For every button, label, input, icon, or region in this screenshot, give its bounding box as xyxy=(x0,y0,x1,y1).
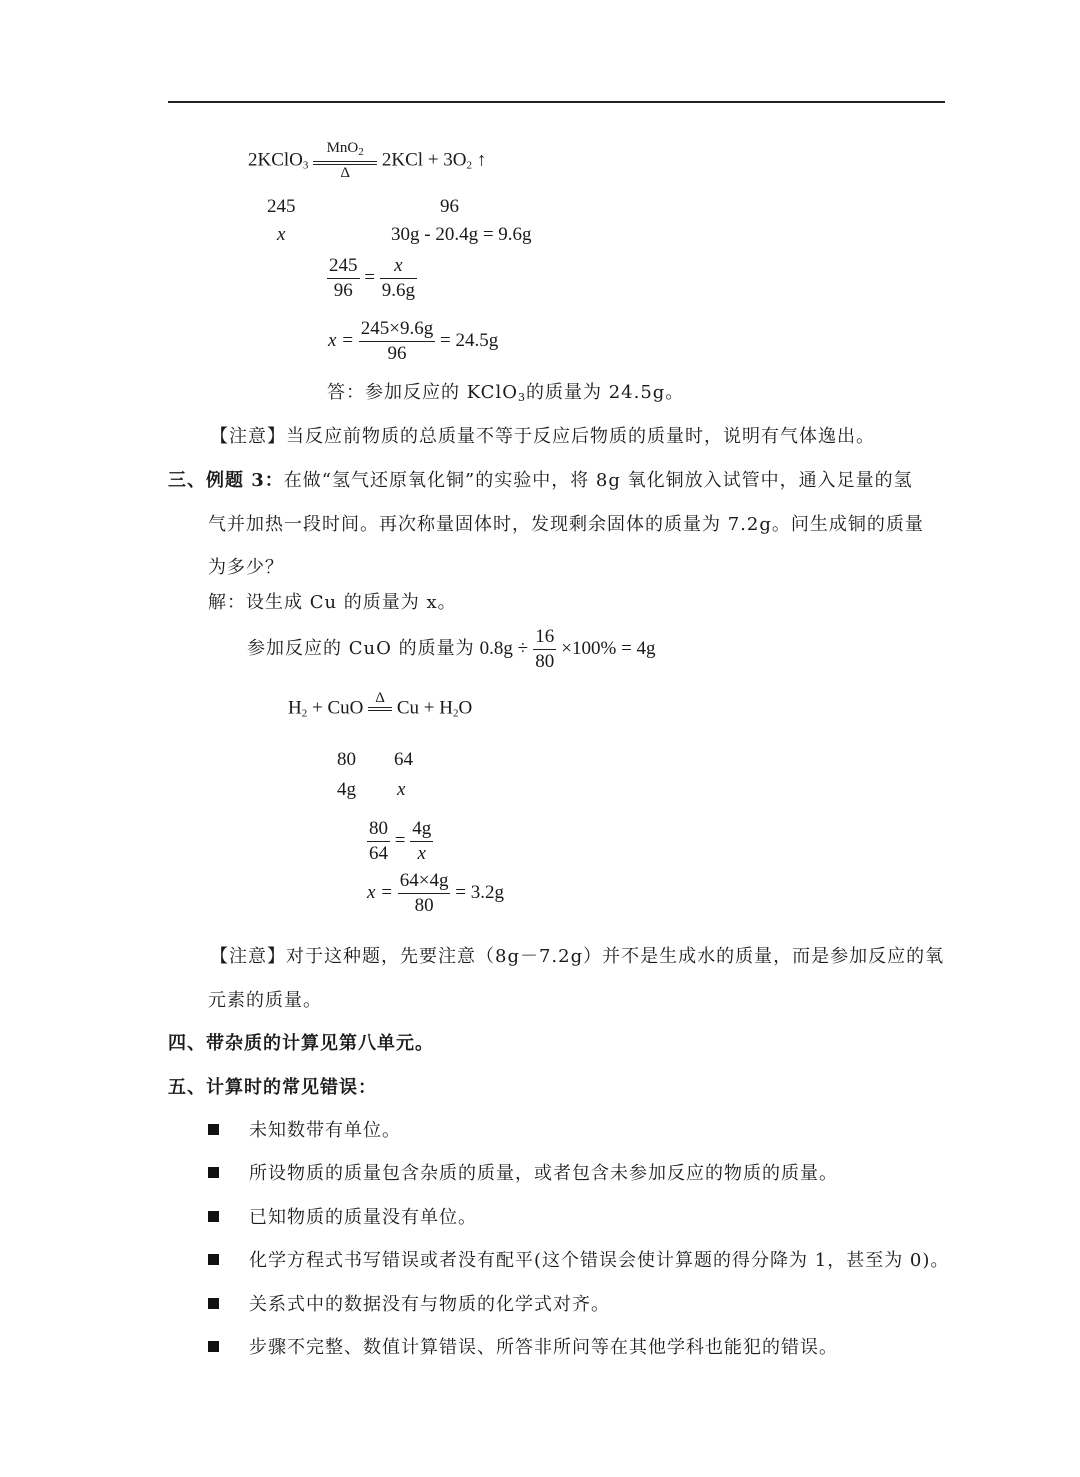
section3-heading: 三、例题 3： xyxy=(168,470,284,491)
note-oxygen-line2: 元素的质量。 xyxy=(208,986,322,1012)
error-item-text: 步骤不完整、数值计算错误、所答非所问等在其他学科也能犯的错误。 xyxy=(249,1337,838,1358)
eq1-products: 2KCl + 3O xyxy=(382,149,467,170)
eq1-mass-right: 96 xyxy=(440,196,459,218)
square-bullet-icon xyxy=(208,1341,219,1352)
eq1-reactant-sub: 3 xyxy=(303,159,309,171)
eq2-ratio-den-left: 64 xyxy=(367,842,390,865)
section3-text-1: 在做“氢气还原氧化铜”的实验中，将 8g 氧化铜放入试管中，通入足量的氢 xyxy=(284,470,913,491)
square-bullet-icon xyxy=(208,1211,219,1222)
eq1-solve: x = 245×9.6g96 = 24.5g xyxy=(328,318,498,365)
note-gas-escape: 【注意】当反应前物质的总质量不等于反应后物质的质量时，说明有气体逸出。 xyxy=(210,422,875,448)
eq2-o: O xyxy=(458,697,472,718)
eq2-solve: x = 64×4g80 = 3.2g xyxy=(367,870,504,917)
gas-arrow-icon: ↑ xyxy=(477,149,487,170)
eq2-h: H xyxy=(288,697,302,718)
eq1-answer-suffix: 的质量为 24.5g。 xyxy=(526,382,684,403)
eq2-heat: Δ xyxy=(368,690,392,707)
cuo-mass-text: 参加反应的 CuO 的质量为 xyxy=(247,638,475,659)
section3-solution-intro: 解：设生成 Cu 的质量为 x。 xyxy=(208,588,457,614)
eq1-answer: 答：参加反应的 KClO3的质量为 24.5g。 xyxy=(327,378,684,404)
eq2-solve-num: 64×4g xyxy=(398,870,451,894)
eq2-ratio-num-right: 4g xyxy=(410,818,433,842)
eq1-catalyst-sub: 2 xyxy=(358,146,364,158)
eq1-ratio: 24596 = x9.6g xyxy=(327,255,417,302)
error-item-text: 未知数带有单位。 xyxy=(249,1120,401,1141)
eq1-ratio-den-left: 96 xyxy=(327,279,360,302)
cuo-frac-num: 16 xyxy=(533,626,556,650)
section4-heading: 四、带杂质的计算见第八单元。 xyxy=(168,1029,434,1055)
eq2-solve-lhs: x = xyxy=(367,882,393,903)
eq2-condition: Δ xyxy=(368,690,392,728)
error-item: 所设物质的质量包含杂质的质量，或者包含未参加反应的物质的质量。 xyxy=(208,1159,838,1185)
eq1-solve-den: 96 xyxy=(359,342,435,365)
eq1-solve-result: = 24.5g xyxy=(440,330,498,351)
cuo-frac-den: 80 xyxy=(533,650,556,673)
note-oxygen-line1: 【注意】对于这种题，先要注意（8g－7.2g）并不是生成水的质量，而是参加反应的… xyxy=(210,942,944,968)
eq1-ratio-num-right: x xyxy=(380,255,417,279)
header-rule xyxy=(168,101,945,103)
eq2-cuo: + CuO xyxy=(307,697,363,718)
eq2-unknown-right: x xyxy=(397,779,405,801)
section5-heading: 五、计算时的常见错误： xyxy=(168,1073,377,1099)
cuo-expr-right: ×100% = 4g xyxy=(561,638,655,659)
eq1-answer-prefix: 答：参加反应的 KClO xyxy=(327,382,518,403)
square-bullet-icon xyxy=(208,1124,219,1135)
section3-text-3: 为多少？ xyxy=(208,553,284,579)
eq1-catalyst: MnO xyxy=(327,140,359,156)
error-item: 关系式中的数据没有与物质的化学式对齐。 xyxy=(208,1290,610,1316)
eq1-ratio-den-right: 9.6g xyxy=(380,279,417,302)
eq2-ratio-num-left: 80 xyxy=(367,818,390,842)
square-bullet-icon xyxy=(208,1298,219,1309)
cuo-mass-line: 参加反应的 CuO 的质量为 0.8g ÷ 1680 ×100% = 4g xyxy=(247,626,656,673)
error-item: 未知数带有单位。 xyxy=(208,1116,401,1142)
eq2-mass-right: 64 xyxy=(394,749,413,771)
error-item-text: 所设物质的质量包含杂质的质量，或者包含未参加反应的物质的质量。 xyxy=(249,1163,838,1184)
eq1-reactant: 2KClO xyxy=(248,149,303,170)
equation-kclo3: 2KClO3 MnO2 Δ 2KCl + 3O2 ↑ xyxy=(248,140,486,182)
section3-line1: 三、例题 3：在做“氢气还原氧化铜”的实验中，将 8g 氧化铜放入试管中，通入足… xyxy=(168,466,913,492)
eq1-condition: MnO2 Δ xyxy=(313,140,377,182)
eq2-products: Cu + H xyxy=(397,697,453,718)
eq1-answer-sub: 3 xyxy=(518,391,526,404)
error-item: 已知物质的质量没有单位。 xyxy=(208,1203,477,1229)
eq1-products-sub: 2 xyxy=(467,159,473,171)
eq1-solve-lhs: x = xyxy=(328,330,354,351)
eq2-mass-left: 80 xyxy=(337,749,356,771)
eq1-mass-left: 245 xyxy=(267,196,296,218)
section3-text-2: 气并加热一段时间。再次称量固体时，发现剩余固体的质量为 7.2g。问生成铜的质量 xyxy=(208,510,924,536)
eq2-solve-result: = 3.2g xyxy=(455,882,504,903)
error-item: 化学方程式书写错误或者没有配平(这个错误会使计算题的得分降为 1，甚至为 0)。 xyxy=(208,1246,949,1272)
error-item-text: 关系式中的数据没有与物质的化学式对齐。 xyxy=(249,1294,610,1315)
eq2-ratio: 8064 = 4gx xyxy=(367,818,433,865)
eq1-value-right: 30g - 20.4g = 9.6g xyxy=(391,224,532,246)
square-bullet-icon xyxy=(208,1254,219,1265)
eq1-heat: Δ xyxy=(313,165,377,182)
error-item-text: 已知物质的质量没有单位。 xyxy=(249,1207,477,1228)
eq1-unknown-left: x xyxy=(277,224,285,246)
eq1-solve-num: 245×9.6g xyxy=(359,318,435,342)
equation-h2-cuo: H2 + CuO Δ Cu + H2O xyxy=(288,690,472,728)
eq2-given-left: 4g xyxy=(337,779,356,801)
eq2-solve-den: 80 xyxy=(398,894,451,917)
error-item: 步骤不完整、数值计算错误、所答非所问等在其他学科也能犯的错误。 xyxy=(208,1333,838,1359)
eq1-ratio-num-left: 245 xyxy=(327,255,360,279)
error-item-text: 化学方程式书写错误或者没有配平(这个错误会使计算题的得分降为 1，甚至为 0)。 xyxy=(249,1250,949,1271)
eq2-ratio-den-right: x xyxy=(410,842,433,865)
cuo-expr-left: 0.8g ÷ xyxy=(480,638,528,659)
square-bullet-icon xyxy=(208,1167,219,1178)
